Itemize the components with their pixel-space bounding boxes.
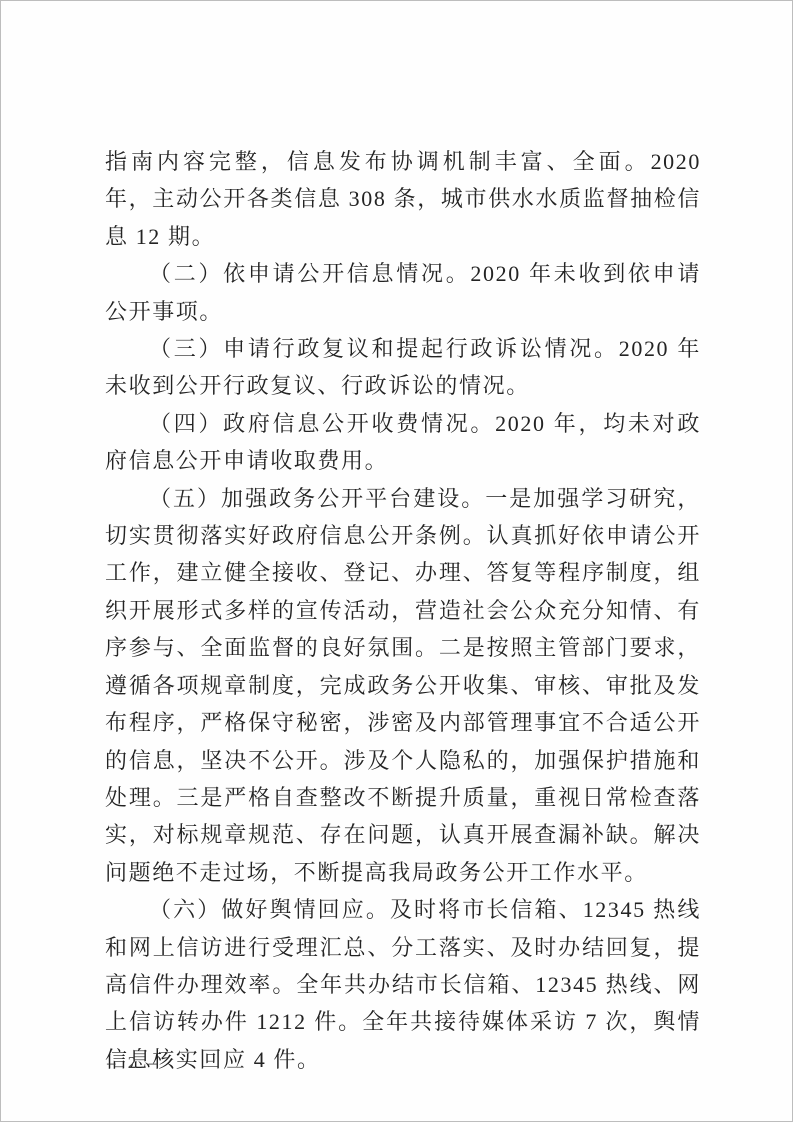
paragraph-continuation: 指南内容完整，信息发布协调机制丰富、全面。2020 年，主动公开各类信息 308… bbox=[105, 143, 701, 255]
document-body: 指南内容完整，信息发布协调机制丰富、全面。2020 年，主动公开各类信息 308… bbox=[105, 143, 701, 1078]
paragraph-section-2: （二）依申请公开信息情况。2020 年未收到依申请公开事项。 bbox=[105, 255, 701, 330]
paragraph-section-6: （六）做好舆情回应。及时将市长信箱、12345 热线和网上信访进行受理汇总、分工… bbox=[105, 891, 701, 1078]
paragraph-section-4: （四）政府信息公开收费情况。2020 年，均未对政府信息公开申请收取费用。 bbox=[105, 405, 701, 480]
document-page: 指南内容完整，信息发布协调机制丰富、全面。2020 年，主动公开各类信息 308… bbox=[0, 0, 793, 1122]
page-number: – 2 – bbox=[107, 1053, 161, 1073]
paragraph-section-3: （三）申请行政复议和提起行政诉讼情况。2020 年未收到公开行政复议、行政诉讼的… bbox=[105, 330, 701, 405]
paragraph-section-5: （五）加强政务公开平台建设。一是加强学习研究，切实贯彻落实好政府信息公开条例。认… bbox=[105, 480, 701, 891]
